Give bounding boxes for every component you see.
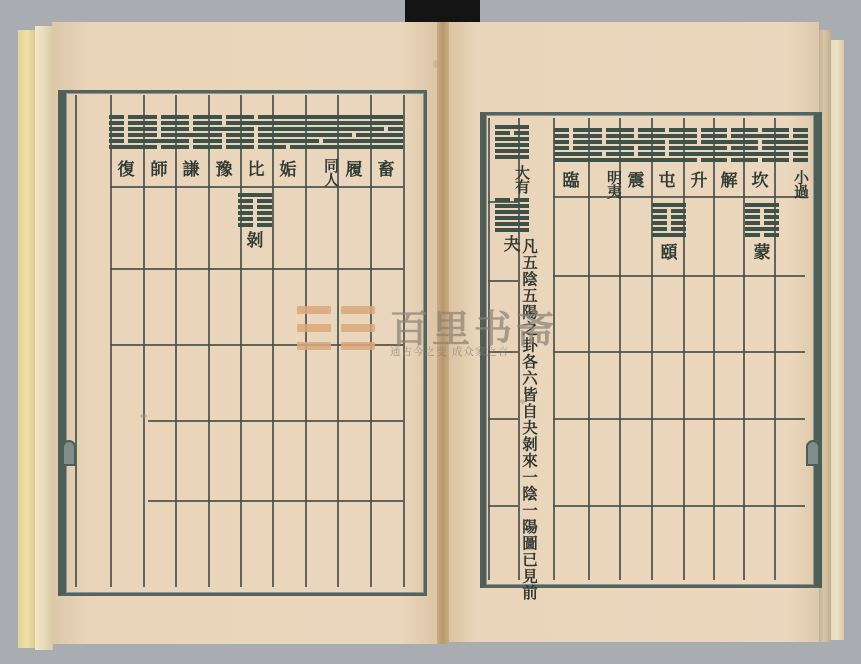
yin-line [682, 134, 716, 138]
line-segment [239, 121, 273, 125]
line-segment [304, 127, 338, 131]
yang-line [271, 133, 305, 137]
line-segment [238, 205, 253, 209]
yin-line [587, 128, 621, 132]
yin-line [619, 128, 653, 132]
line-segment [109, 133, 124, 137]
line-segment [671, 227, 686, 231]
line-segment [369, 145, 403, 149]
line-segment [764, 209, 779, 213]
hexagram-icon-比 [239, 115, 273, 149]
grid-hline [488, 418, 518, 420]
line-segment [650, 134, 684, 138]
line-segment [793, 158, 808, 162]
line-segment [745, 233, 760, 237]
yang-line [304, 145, 338, 149]
line-segment [193, 145, 208, 149]
line-segment [554, 146, 569, 150]
hexagram-icon-謙 [174, 115, 208, 149]
line-segment [573, 146, 588, 150]
grid-hline [553, 505, 805, 507]
line-segment [619, 134, 634, 138]
line-segment [369, 133, 403, 137]
hexagram-icon-復 [109, 115, 143, 149]
yin-line [207, 115, 241, 119]
line-segment [207, 139, 222, 143]
grid-vline [75, 95, 77, 587]
hexagram-icon-解 [712, 128, 746, 162]
line-segment [193, 139, 208, 143]
yang-line [495, 204, 529, 208]
line-segment [731, 128, 746, 132]
line-segment [109, 115, 124, 119]
hexagram-name-豫: 豫 [207, 161, 241, 180]
yin-line [745, 221, 779, 225]
yin-line [652, 209, 686, 213]
yin-line [174, 127, 208, 131]
yin-line [745, 209, 779, 213]
line-segment [745, 203, 779, 207]
hexagram-name-屯: 屯 [650, 172, 684, 191]
line-segment [669, 146, 684, 150]
yin-line [587, 140, 621, 144]
yang-line [337, 127, 371, 131]
yin-line [650, 140, 684, 144]
line-segment [682, 152, 716, 156]
yin-line [207, 145, 241, 149]
line-segment [573, 140, 588, 144]
yin-line [774, 158, 808, 162]
yin-line [238, 217, 272, 221]
line-segment [258, 139, 273, 143]
line-segment [606, 152, 621, 156]
line-segment [369, 115, 403, 119]
line-segment [174, 115, 189, 119]
line-segment [226, 121, 241, 125]
line-segment [762, 146, 777, 150]
line-segment [554, 152, 588, 156]
paper-stain [433, 60, 438, 68]
yin-line [619, 134, 653, 138]
line-segment [682, 158, 697, 162]
line-segment [388, 127, 403, 131]
yin-line [682, 128, 716, 132]
line-segment [304, 115, 338, 119]
watermark-logo-icon [297, 304, 377, 356]
hexagram-icon-升 [682, 128, 716, 162]
line-segment [587, 128, 602, 132]
grid-hline [553, 418, 805, 420]
line-segment [793, 128, 808, 132]
line-segment [495, 131, 510, 135]
line-segment [174, 121, 189, 125]
yin-line [774, 128, 808, 132]
yin-line [554, 140, 588, 144]
yin-line [207, 133, 241, 137]
line-segment [745, 221, 760, 225]
yin-line [652, 227, 686, 231]
yang-line [587, 158, 621, 162]
yang-line [495, 125, 529, 129]
line-segment [712, 152, 746, 156]
yang-line [369, 145, 403, 149]
line-segment [142, 139, 176, 143]
line-segment [762, 140, 777, 144]
yin-line [652, 221, 686, 225]
line-segment [207, 121, 222, 125]
line-segment [731, 158, 746, 162]
line-segment [238, 193, 272, 197]
yang-line [271, 115, 305, 119]
yang-line [142, 139, 176, 143]
line-segment [207, 145, 222, 149]
hexagram-name-剝: 剝 [238, 232, 272, 251]
line-segment [745, 209, 760, 213]
line-segment [701, 128, 716, 132]
yin-line [650, 146, 684, 150]
yin-line [712, 134, 746, 138]
scanner-clip [405, 0, 480, 22]
line-segment [207, 127, 241, 131]
line-segment [606, 134, 621, 138]
line-segment [495, 125, 529, 129]
line-segment [271, 127, 305, 131]
yang-line [743, 152, 777, 156]
line-segment [128, 139, 143, 143]
yang-line [271, 121, 305, 125]
yin-line [495, 198, 529, 202]
yin-line [712, 146, 746, 150]
line-segment [495, 155, 529, 159]
hexagram-name-明夷: 明夷 [587, 167, 621, 201]
line-segment [554, 134, 569, 138]
yang-line [495, 228, 529, 232]
line-segment [207, 133, 222, 137]
line-segment [652, 209, 667, 213]
yin-line [745, 233, 779, 237]
line-segment [554, 128, 569, 132]
paper-stain [140, 414, 147, 418]
line-segment [495, 204, 529, 208]
note-column-text: 凡五陰五陽之卦各六皆自夬剝來一陰一陽圖已見前 [520, 238, 538, 618]
line-segment [495, 228, 529, 232]
yin-line [239, 115, 273, 119]
hexagram-name-夬: 夬 [495, 236, 529, 255]
line-segment [239, 127, 254, 131]
line-segment [257, 205, 272, 209]
yin-line [337, 133, 371, 137]
hexagram-icon-履 [337, 115, 371, 149]
line-segment [161, 145, 176, 149]
line-segment [161, 115, 176, 119]
hexagram-name-姤: 姤 [271, 161, 305, 180]
line-segment [682, 128, 697, 132]
line-segment [304, 121, 338, 125]
yang-line [554, 158, 588, 162]
line-segment [258, 127, 273, 131]
yang-line [207, 127, 241, 131]
yin-line [142, 115, 176, 119]
hexagram-name-坎: 坎 [743, 172, 777, 191]
hexagram-icon-剝 [238, 193, 272, 227]
line-segment [109, 145, 143, 149]
yang-line [369, 139, 403, 143]
line-segment [587, 146, 621, 150]
grid-hline [148, 420, 403, 422]
line-segment [731, 134, 746, 138]
yang-line [712, 152, 746, 156]
yin-line [207, 139, 241, 143]
grid-hline [148, 500, 403, 502]
line-segment [161, 133, 176, 137]
line-segment [142, 127, 157, 131]
hexagram-icon-明夷 [587, 128, 621, 162]
hexagram-name-頤: 頤 [652, 244, 686, 263]
yin-line [109, 115, 143, 119]
yin-line [554, 128, 588, 132]
line-segment [606, 140, 621, 144]
line-segment [109, 139, 124, 143]
hexagram-name-謙: 謙 [174, 161, 208, 180]
yin-line [682, 140, 716, 144]
yang-line [337, 145, 371, 149]
line-segment [793, 152, 808, 156]
line-segment [514, 131, 529, 135]
yang-line [304, 115, 338, 119]
yin-line [774, 134, 808, 138]
line-segment [652, 203, 686, 207]
book-cover-left [18, 30, 36, 648]
line-segment [762, 158, 777, 162]
yang-line [554, 152, 588, 156]
yin-line [495, 131, 529, 135]
line-segment [174, 145, 189, 149]
line-segment [128, 127, 143, 131]
paper-stain [520, 399, 525, 404]
line-segment [369, 121, 403, 125]
line-segment [619, 152, 634, 156]
line-segment [142, 133, 157, 137]
hexagram-icon-頤 [652, 203, 686, 237]
yin-line [650, 128, 684, 132]
line-segment [257, 211, 272, 215]
line-segment [619, 128, 634, 132]
yin-line [652, 215, 686, 219]
line-segment [369, 139, 403, 143]
line-segment [257, 223, 272, 227]
line-segment [337, 127, 371, 131]
line-segment [554, 140, 569, 144]
line-segment [573, 134, 588, 138]
yin-line [650, 152, 684, 156]
yin-line [174, 145, 208, 149]
line-segment [682, 140, 697, 144]
yang-line [774, 140, 808, 144]
line-segment [258, 115, 273, 119]
line-segment [174, 139, 189, 143]
line-segment [671, 215, 686, 219]
yin-line [239, 145, 273, 149]
line-segment [142, 145, 157, 149]
book-edge-left [35, 26, 53, 650]
line-segment [652, 215, 667, 219]
hexagram-name-升: 升 [682, 172, 716, 191]
line-segment [109, 127, 124, 131]
line-segment [238, 199, 253, 203]
hexagram-icon-同人 [304, 115, 338, 149]
line-segment [495, 216, 529, 220]
yang-line [495, 216, 529, 220]
hexagram-icon-夬 [495, 198, 529, 232]
line-segment [239, 133, 254, 137]
yin-line [239, 127, 273, 131]
yin-line [207, 121, 241, 125]
hexagram-name-復: 復 [109, 161, 143, 180]
line-segment [193, 127, 208, 131]
right-margin-ornament [806, 440, 820, 466]
yang-line [369, 133, 403, 137]
yang-line [619, 158, 653, 162]
hexagram-name-解: 解 [712, 172, 746, 191]
hexagram-icon-臨 [554, 128, 588, 162]
line-segment [239, 145, 254, 149]
hexagram-icon-蒙 [745, 203, 779, 237]
hexagram-name-蒙: 蒙 [745, 244, 779, 263]
yin-line [712, 128, 746, 132]
line-segment [161, 127, 176, 131]
grid-hline [110, 186, 403, 188]
line-segment [495, 149, 529, 153]
yin-line [238, 211, 272, 215]
yin-line [109, 139, 143, 143]
line-segment [495, 210, 529, 214]
hexagram-icon-畜 [369, 115, 403, 149]
yin-line [712, 158, 746, 162]
line-segment [619, 140, 653, 144]
line-segment [638, 146, 653, 150]
yin-line [682, 158, 716, 162]
yin-line [587, 134, 621, 138]
line-segment [128, 121, 143, 125]
line-segment [495, 222, 529, 226]
line-segment [271, 133, 305, 137]
grid-hline [488, 505, 518, 507]
line-segment [764, 221, 779, 225]
yang-line [369, 121, 403, 125]
yin-line [109, 127, 143, 131]
line-segment [226, 145, 241, 149]
line-segment [258, 145, 273, 149]
line-segment [238, 211, 253, 215]
yin-line [304, 139, 338, 143]
line-segment [337, 115, 371, 119]
yin-line [587, 152, 621, 156]
line-segment [745, 227, 779, 231]
line-segment [671, 209, 686, 213]
yin-line [142, 121, 176, 125]
left-margin-ornament [62, 440, 76, 466]
yin-line [142, 127, 176, 131]
line-segment [652, 227, 667, 231]
line-segment [304, 139, 319, 143]
yin-line [238, 199, 272, 203]
yang-line [774, 146, 808, 150]
line-segment [271, 139, 305, 143]
line-segment [764, 215, 779, 219]
yin-line [238, 223, 272, 227]
line-segment [239, 115, 254, 119]
line-segment [226, 115, 241, 119]
line-segment [369, 127, 384, 131]
line-segment [619, 158, 653, 162]
line-segment [128, 133, 143, 137]
yang-line [650, 134, 684, 138]
hexagram-icon-屯 [650, 128, 684, 162]
yang-line [238, 193, 272, 197]
line-segment [290, 145, 305, 149]
line-segment [337, 121, 371, 125]
line-segment [337, 133, 352, 137]
hexagram-icon-大有 [495, 125, 529, 159]
line-segment [238, 223, 253, 227]
hexagram-name-比: 比 [239, 161, 273, 180]
line-segment [323, 139, 338, 143]
line-segment [514, 198, 529, 202]
yang-line [239, 121, 273, 125]
line-segment [682, 134, 697, 138]
line-segment [271, 145, 286, 149]
line-segment [238, 217, 253, 221]
yin-line [554, 134, 588, 138]
line-segment [142, 121, 157, 125]
line-segment [731, 146, 746, 150]
watermark-subtitle: 通古今之变 成众家之言 [390, 344, 509, 359]
yang-line [495, 149, 529, 153]
yang-line [495, 137, 529, 141]
hexagram-name-畜: 畜 [369, 161, 403, 180]
line-segment [226, 139, 241, 143]
hexagram-name-臨: 臨 [554, 172, 588, 191]
line-segment [554, 158, 588, 162]
yin-line [109, 121, 143, 125]
yang-line [652, 233, 686, 237]
yin-line [743, 146, 777, 150]
line-segment [638, 128, 653, 132]
yin-line [619, 152, 653, 156]
line-segment [257, 217, 272, 221]
line-segment [142, 115, 157, 119]
line-segment [573, 128, 588, 132]
line-segment [128, 115, 143, 119]
line-segment [495, 137, 529, 141]
line-segment [304, 145, 338, 149]
line-segment [271, 115, 305, 119]
yang-line [682, 146, 716, 150]
yang-line [587, 146, 621, 150]
grid-hline [110, 268, 403, 270]
yin-line [743, 128, 777, 132]
line-segment [304, 133, 338, 137]
line-segment [587, 134, 602, 138]
line-segment [606, 128, 621, 132]
grid-hline [553, 275, 805, 277]
line-segment [712, 140, 746, 144]
yin-line [142, 133, 176, 137]
line-segment [774, 140, 808, 144]
line-segment [671, 221, 686, 225]
yang-line [745, 203, 779, 207]
line-segment [495, 198, 510, 202]
